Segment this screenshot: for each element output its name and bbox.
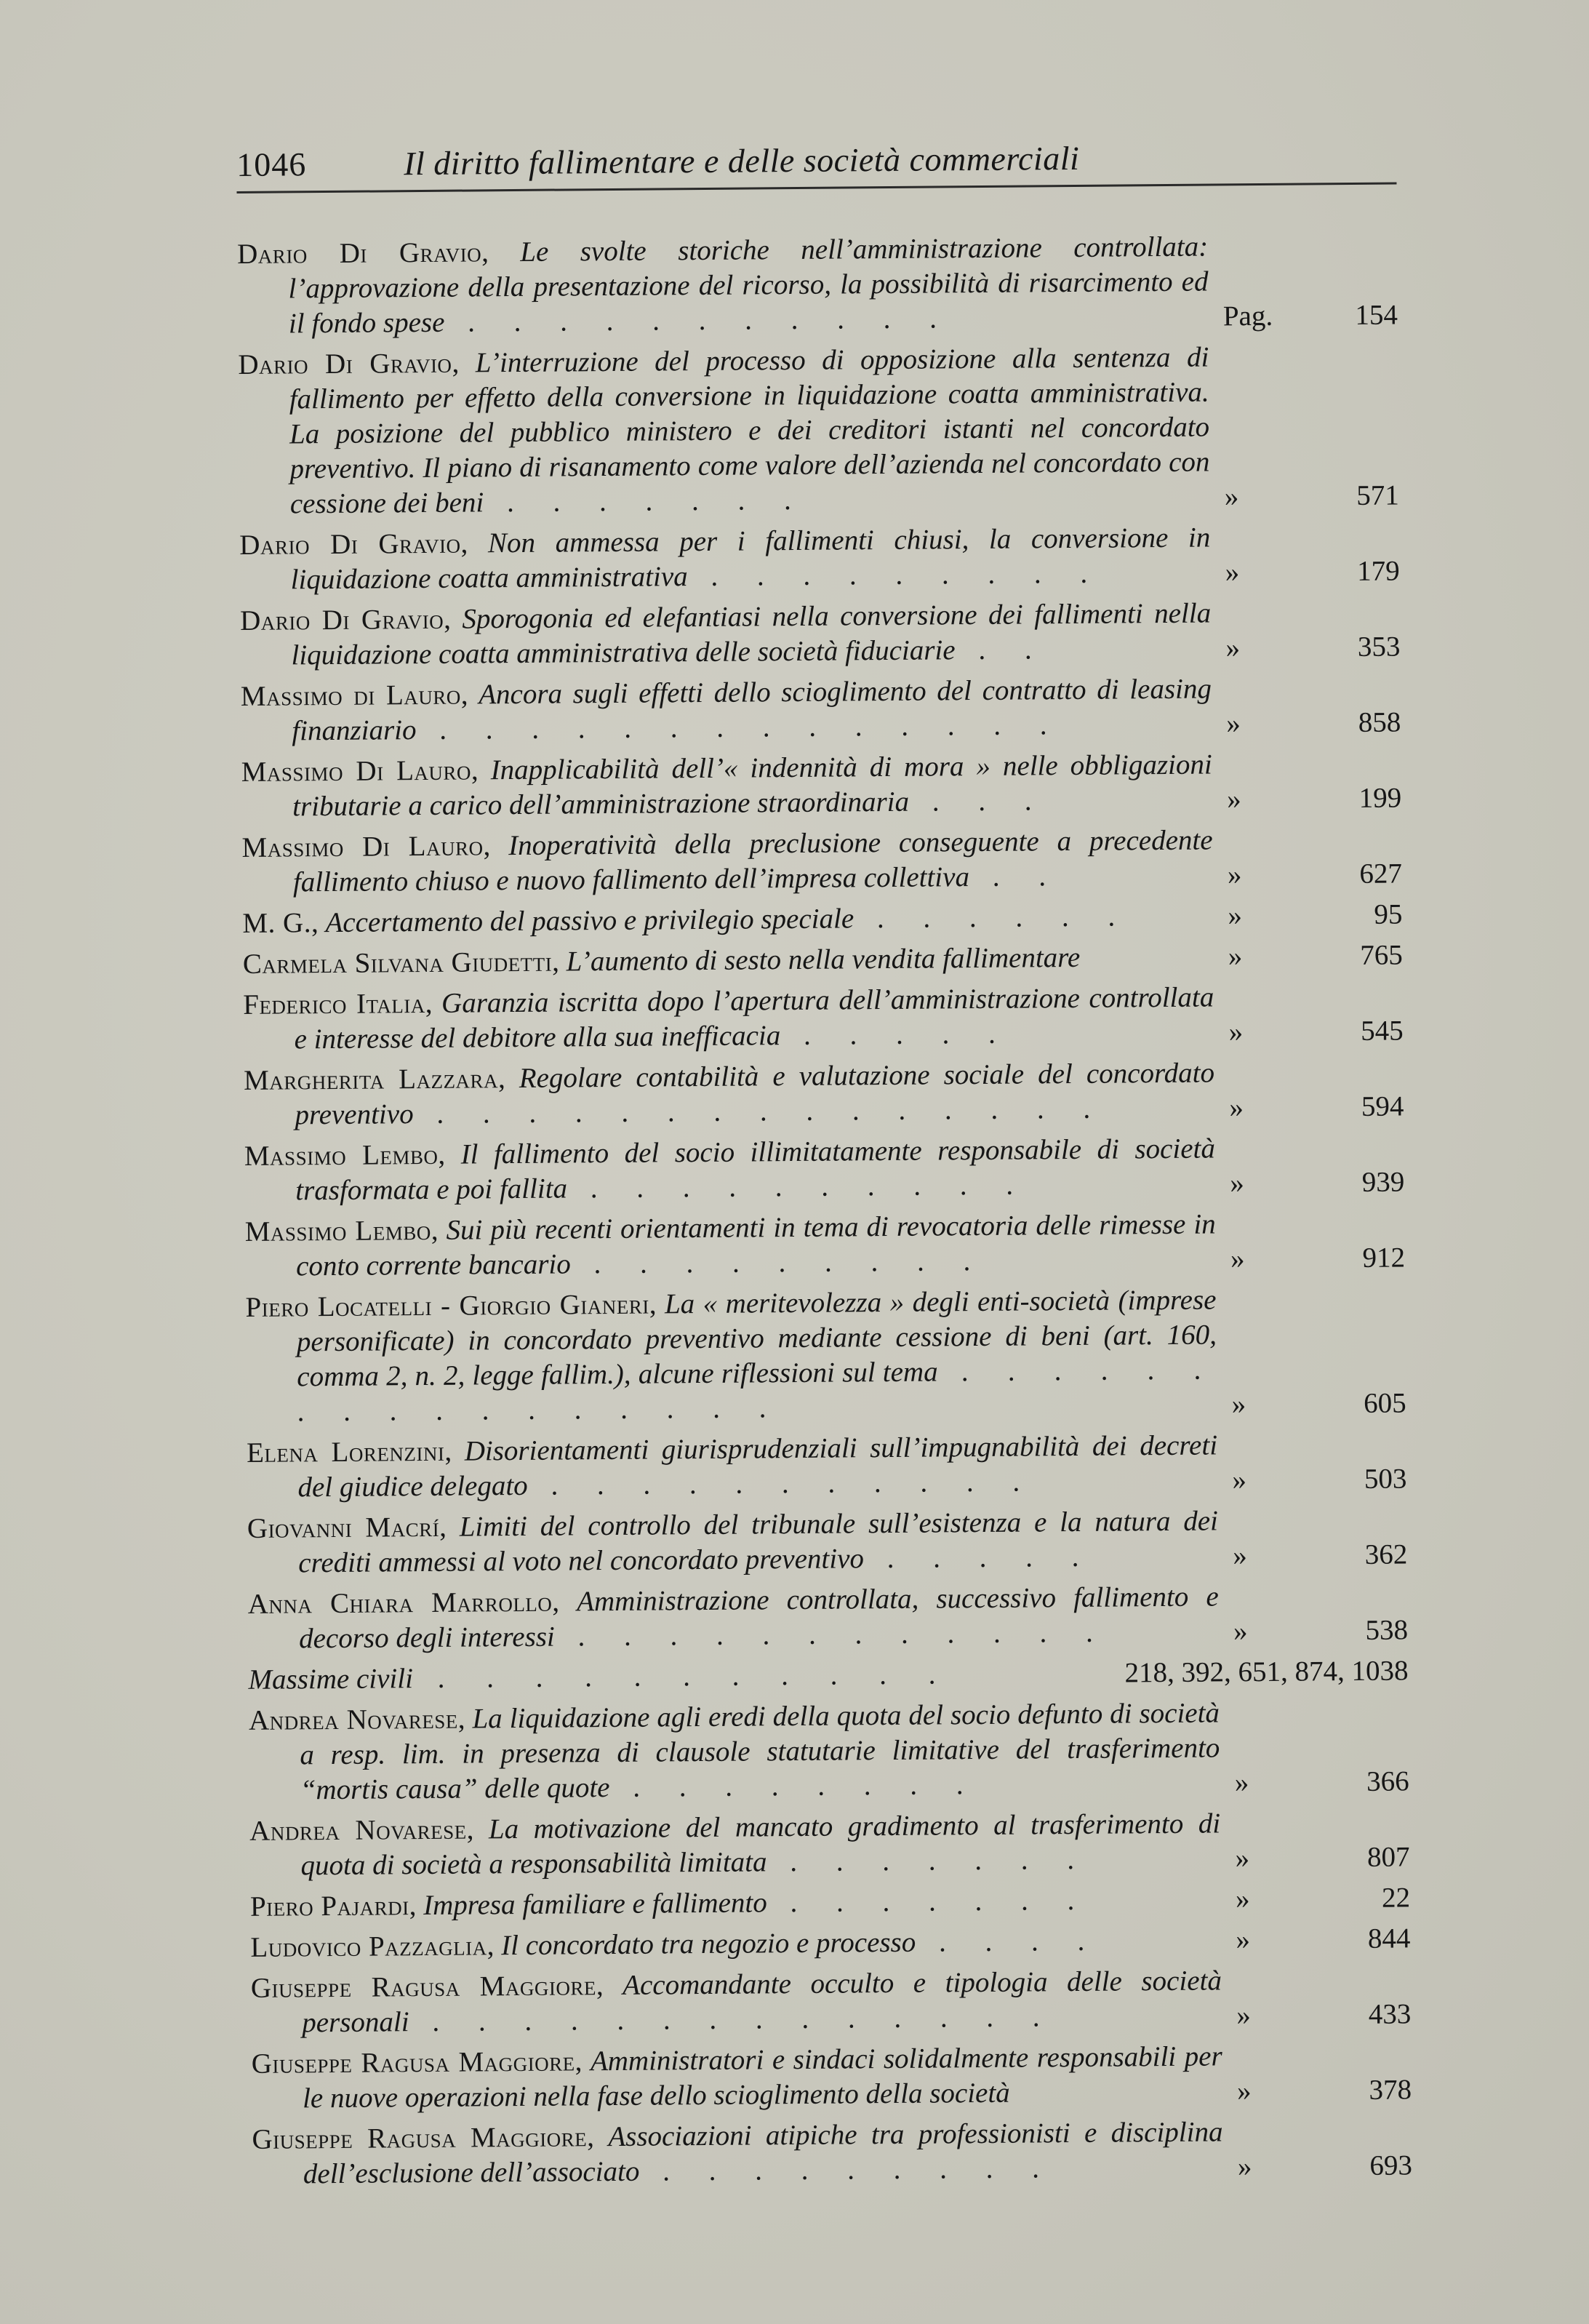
ditto-mark: » (1228, 858, 1293, 893)
entry-page-number: 858 (1292, 705, 1401, 740)
entry-page-ref: » 22 (1236, 1880, 1410, 1917)
entry-author: Massimo Lembo (245, 1215, 431, 1247)
entry-page-ref: 218, 392, 651, 874, 1038 (1059, 1653, 1408, 1691)
entry-page-number: 605 (1297, 1386, 1406, 1421)
dot-leader: . . . . . . . . . . . (413, 1658, 953, 1694)
entry-page-number: 218, 392, 651, 874, 1038 (1124, 1653, 1408, 1690)
entry-author: Giovanni Macrí (247, 1512, 440, 1544)
entry-author: Massimo Lembo (244, 1139, 439, 1172)
entry-page-number: 362 (1298, 1537, 1407, 1573)
index-entries: Dario Di Gravio, Le svolte storiche nell… (237, 228, 1412, 2192)
entry-separator: , (460, 527, 488, 559)
entry-separator: , (311, 907, 326, 938)
entry-author: Massimo di Lauro (241, 679, 461, 712)
entry-body: Dario Di Gravio, Non ammessa per i falli… (239, 520, 1211, 597)
entry-body: Giuseppe Ragusa Maggiore, Amministratori… (252, 2039, 1223, 2116)
index-entry: Dario Di Gravio, Sporogonia ed elefantia… (240, 594, 1401, 674)
index-entry: Massimo Lembo, Sui più recenti orientame… (245, 1205, 1406, 1285)
entry-page-ref: » 594 (1229, 1089, 1404, 1125)
ditto-mark: » (1236, 1882, 1301, 1917)
dot-leader: . . . . . . . . (609, 1769, 979, 1803)
entry-separator: , (461, 679, 479, 710)
dot-leader: . . . . . . (854, 901, 1131, 934)
entry-author: Federico Italia (243, 988, 425, 1021)
entry-author: M. G. (242, 907, 311, 939)
entry-separator: , (596, 1970, 623, 2001)
entry-separator: , (452, 347, 476, 378)
dot-leader: . . . . . . . . . . . (528, 1466, 1036, 1501)
index-entry: Dario Di Gravio, Le svolte storiche nell… (237, 228, 1398, 342)
entry-author: Anna Chiara Marrollo (248, 1586, 553, 1620)
entry-body: Massimo Lembo, Il fallimento del socio i… (244, 1131, 1216, 1208)
index-entry: Giuseppe Ragusa Maggiore, Associazioni a… (252, 2113, 1412, 2192)
ditto-mark: » (1237, 2074, 1302, 2109)
entry-page-number: 571 (1290, 478, 1399, 514)
entry-page-ref: » 571 (1225, 478, 1399, 514)
ditto-mark (1059, 1656, 1124, 1691)
index-entry: Massimo Lembo, Il fallimento del socio i… (244, 1130, 1405, 1209)
entry-page-ref: » 199 (1227, 780, 1401, 817)
entry-body: Massimo di Lauro, Ancora sugli effetti d… (241, 671, 1212, 748)
ditto-mark: Pag. (1223, 299, 1289, 335)
ditto-mark: » (1228, 898, 1293, 934)
entry-page-ref: » 378 (1237, 2072, 1412, 2109)
ditto-mark: » (1235, 1765, 1300, 1801)
index-entry: Anna Chiara Marrollo, Amministrazione co… (248, 1578, 1409, 1657)
entry-author: Giuseppe Ragusa Maggiore (252, 2045, 575, 2079)
entry-page-ref: » 627 (1228, 856, 1402, 893)
dot-leader: . . . (909, 785, 1048, 817)
index-entry: Giovanni Macrí, Limiti del controllo del… (247, 1502, 1408, 1581)
entry-page-ref: » 362 (1233, 1537, 1407, 1573)
index-entry: Dario Di Gravio, L’interruzione del proc… (238, 338, 1399, 522)
ditto-mark: » (1231, 1387, 1297, 1423)
entry-author: Andrea Novarese (249, 1814, 467, 1847)
entry-author: Dario Di Gravio (240, 604, 444, 636)
entry-body: Piero Locatelli - Giorgio Gianeri, La « … (245, 1282, 1217, 1429)
entry-body: Massimo Di Lauro, Inapplicabilità dell’«… (241, 747, 1213, 824)
dot-leader: . . . . . . . (484, 484, 807, 518)
entry-page-ref: » 179 (1225, 554, 1399, 590)
ditto-mark: » (1225, 555, 1290, 591)
ditto-mark: » (1236, 1922, 1301, 1958)
running-title: Il diritto fallimentare e delle società … (404, 139, 1079, 183)
entry-separator: , (444, 604, 463, 635)
page-number: 1046 (236, 144, 404, 184)
entry-page-number: 627 (1293, 856, 1402, 892)
entry-separator: , (439, 1512, 460, 1543)
entry-page-number: 353 (1291, 629, 1400, 665)
entry-author: Carmela Silvana Giudetti (243, 946, 553, 980)
entry-title: L’aumento di sesto nella vendita fallime… (567, 942, 1081, 978)
ditto-mark: » (1227, 782, 1292, 818)
dot-leader: . . . . . . . . . . . . . . (409, 2001, 1055, 2037)
ditto-mark: » (1230, 1166, 1295, 1202)
entry-separator: , (444, 1436, 465, 1467)
entry-page-ref: » 912 (1230, 1240, 1405, 1277)
entry-author: Margherita Lazzara (244, 1063, 498, 1096)
dot-leader: . . (969, 860, 1062, 893)
entry-separator: , (425, 988, 442, 1019)
book-page: 1046 Il diritto fallimentare e delle soc… (236, 136, 1416, 2197)
dot-leader: . . . . . . . . . . . . . . (416, 709, 1062, 746)
entry-separator: , (552, 946, 567, 977)
entry-author: Dario Di Gravio (238, 348, 452, 380)
entry-page-number: 939 (1295, 1165, 1404, 1200)
ditto-mark: » (1235, 1841, 1300, 1877)
entry-page-ref: » 545 (1228, 1013, 1403, 1050)
entry-author: Piero Pajardi (250, 1890, 409, 1922)
entry-page-number: 366 (1300, 1764, 1409, 1800)
entry-page-ref: » 765 (1228, 938, 1403, 974)
index-entry: Massimo di Lauro, Ancora sugli effetti d… (241, 670, 1401, 749)
entry-page-number: 199 (1292, 780, 1401, 816)
index-entry: Elena Lorenzini, Disorientamenti giurisp… (247, 1426, 1407, 1506)
dot-leader: . . . . . . . . . . (567, 1169, 1029, 1204)
entry-body: Anna Chiara Marrollo, Amministrazione co… (248, 1579, 1220, 1656)
dot-leader: . . . . . . . . . (639, 2152, 1055, 2187)
entry-author: Andrea Novarese (249, 1704, 458, 1736)
entry-body: Dario Di Gravio, Le svolte storiche nell… (237, 230, 1209, 342)
entry-body: Piero Pajardi, Impresa familiare e falli… (250, 1882, 1221, 1924)
ditto-mark: » (1233, 1614, 1299, 1650)
entry-body: Giuseppe Ragusa Maggiore, Accomandante o… (251, 1963, 1222, 2040)
entry-body: Ludovico Pazzaglia, Il concordato tra ne… (250, 1922, 1221, 1965)
entry-body: Andrea Novarese, La liquidazione agli er… (249, 1696, 1220, 1808)
entry-page-ref: » 807 (1235, 1840, 1409, 1876)
entry-author: Massimo Di Lauro (241, 830, 483, 863)
index-entry: Carmela Silvana Giudetti, L’aumento di s… (243, 938, 1403, 982)
entry-author: Elena Lorenzini (247, 1436, 445, 1469)
entry-body: Massimo Di Lauro, Inoperatività della pr… (241, 823, 1213, 900)
entry-separator: , (438, 1139, 461, 1170)
entry-page-ref: » 844 (1236, 1921, 1410, 1957)
entry-author: Dario Di Gravio (239, 528, 461, 561)
entry-author: Ludovico Pazzaglia (250, 1930, 487, 1963)
index-entry: Massime civili . . . . . . . . . . . 218… (248, 1653, 1408, 1698)
index-entry: Federico Italia, Garanzia iscritta dopo … (243, 978, 1404, 1058)
dot-leader: . . . . . . . . . . . (444, 303, 953, 338)
index-entry: Margherita Lazzara, Regolare contabilità… (244, 1054, 1404, 1133)
index-entry: Giuseppe Ragusa Maggiore, Accomandante o… (251, 1962, 1412, 2041)
entry-separator: , (431, 1215, 447, 1246)
entry-separator: , (552, 1586, 577, 1617)
entry-body: Dario Di Gravio, L’interruzione del proc… (238, 340, 1210, 522)
entry-page-number: 179 (1290, 554, 1399, 589)
index-entry: Dario Di Gravio, Non ammessa per i falli… (239, 519, 1400, 598)
entry-page-ref: » 693 (1238, 2148, 1412, 2184)
dot-leader: . . . . . . . . . . . . (555, 1617, 1109, 1653)
entry-page-number: 844 (1301, 1921, 1410, 1957)
entry-author: Giuseppe Ragusa Maggiore (252, 2121, 587, 2155)
entry-page-number: 594 (1294, 1089, 1404, 1125)
entry-page-ref: » 858 (1226, 705, 1401, 741)
entry-body: M. G., Accertamento del passivo e privil… (242, 898, 1213, 941)
entry-page-number: 22 (1301, 1880, 1410, 1916)
index-entry: Piero Locatelli - Giorgio Gianeri, La « … (245, 1281, 1406, 1430)
entry-author: Dario Di Gravio (237, 236, 481, 270)
entry-body: Federico Italia, Garanzia iscritta dopo … (243, 980, 1214, 1057)
running-head: 1046 Il diritto fallimentare e delle soc… (236, 136, 1396, 193)
entry-page-ref: » 605 (1231, 1386, 1406, 1422)
index-entry: Massimo Di Lauro, Inapplicabilità dell’«… (241, 746, 1402, 825)
ditto-mark: » (1226, 706, 1292, 742)
entry-body: Andrea Novarese, La motivazione del manc… (249, 1806, 1221, 1883)
entry-author: Massimo Di Lauro (241, 754, 472, 787)
dot-leader: . . . . . . . . . (571, 1245, 987, 1279)
entry-page-ref: » 433 (1236, 1997, 1411, 2033)
entry-page-ref: » 538 (1233, 1613, 1408, 1649)
entry-page-ref: Pag. 154 (1223, 298, 1398, 334)
dot-leader: . . . . . . . . . (687, 558, 1103, 592)
dot-leader: . . . . (916, 1925, 1100, 1958)
entry-separator: , (471, 754, 491, 786)
entry-separator: , (458, 1704, 473, 1735)
entry-page-number: 95 (1293, 897, 1402, 933)
entry-author: Giuseppe Ragusa Maggiore (251, 1970, 596, 2004)
dot-leader: . . . . . . . (767, 1885, 1091, 1918)
index-entry: Andrea Novarese, La liquidazione agli er… (249, 1694, 1409, 1808)
entry-separator: , (649, 1288, 665, 1319)
index-entry: Ludovico Pazzaglia, Il concordato tra ne… (250, 1921, 1410, 1965)
dot-leader: . . . . . (864, 1541, 1095, 1574)
dot-leader: . . . . . (780, 1018, 1012, 1051)
entry-separator: , (575, 2045, 591, 2077)
ditto-mark: » (1236, 1998, 1302, 2034)
ditto-mark: » (1230, 1242, 1296, 1277)
entry-separator: , (587, 2121, 608, 2152)
entry-page-number: 693 (1303, 2148, 1412, 2184)
entry-page-ref: » 939 (1230, 1165, 1404, 1201)
entry-separator: , (409, 1890, 423, 1921)
ditto-mark: » (1233, 1538, 1298, 1574)
entry-page-number: 765 (1294, 938, 1403, 973)
index-entry: Andrea Novarese, La motivazione del manc… (249, 1805, 1410, 1884)
entry-separator: , (487, 1930, 501, 1961)
ditto-mark: » (1232, 1463, 1297, 1498)
ditto-mark: » (1225, 631, 1291, 666)
entry-body: Margherita Lazzara, Regolare contabilità… (244, 1055, 1215, 1133)
entry-body: Massimo Lembo, Sui più recenti orientame… (245, 1207, 1217, 1284)
ditto-mark: » (1228, 939, 1294, 975)
dot-leader: . . . . . . . . . . . . . . . (413, 1093, 1106, 1130)
dot-leader: . . (955, 634, 1047, 666)
ditto-mark: » (1238, 2149, 1303, 2185)
entry-page-number: 378 (1302, 2072, 1412, 2108)
entry-body: Dario Di Gravio, Sporogonia ed elefantia… (240, 596, 1212, 673)
entry-title: Impresa familiare e fallimento (423, 1887, 767, 1921)
entry-page-ref: » 503 (1232, 1461, 1406, 1498)
entry-page-number: 433 (1302, 1997, 1411, 2032)
dot-leader: . . . . . . . (767, 1844, 1090, 1877)
index-entry: Giuseppe Ragusa Maggiore, Amministratori… (252, 2037, 1412, 2117)
entry-page-number: 154 (1289, 298, 1398, 333)
index-entry: M. G., Accertamento del passivo e privil… (242, 897, 1402, 941)
entry-body: Giovanni Macrí, Limiti del controllo del… (247, 1504, 1219, 1581)
entry-author: Piero Locatelli - Giorgio Gianeri (245, 1289, 649, 1323)
entry-title: Accertamento del passivo e privilegio sp… (325, 903, 854, 938)
entry-body: Carmela Silvana Giudetti, L’aumento di s… (243, 939, 1214, 981)
entry-body: Elena Lorenzini, Disorientamenti giurisp… (247, 1428, 1218, 1505)
entry-separator: , (466, 1813, 489, 1845)
entry-page-number: 912 (1296, 1240, 1405, 1276)
entry-page-number: 538 (1299, 1613, 1408, 1648)
entry-page-number: 807 (1300, 1840, 1409, 1875)
ditto-mark: » (1228, 1015, 1294, 1050)
entry-title: Il concordato tra negozio e processo (501, 1927, 916, 1961)
entry-separator: , (481, 236, 521, 268)
entry-body: Giuseppe Ragusa Maggiore, Associazioni a… (252, 2115, 1223, 2192)
entry-page-number: 503 (1297, 1461, 1406, 1497)
entry-separator: , (498, 1063, 519, 1094)
entry-page-number: 545 (1294, 1013, 1403, 1049)
entry-page-ref: » 95 (1228, 897, 1402, 933)
entry-separator: , (483, 830, 508, 861)
ditto-mark: » (1229, 1090, 1294, 1126)
index-entry: Massimo Di Lauro, Inoperatività della pr… (241, 821, 1402, 901)
entry-title: Massime civili (248, 1663, 413, 1696)
ditto-mark: » (1225, 479, 1290, 515)
entry-page-ref: » 353 (1225, 629, 1400, 666)
index-entry: Piero Pajardi, Impresa familiare e falli… (250, 1880, 1410, 1925)
entry-page-ref: » 366 (1235, 1764, 1409, 1800)
